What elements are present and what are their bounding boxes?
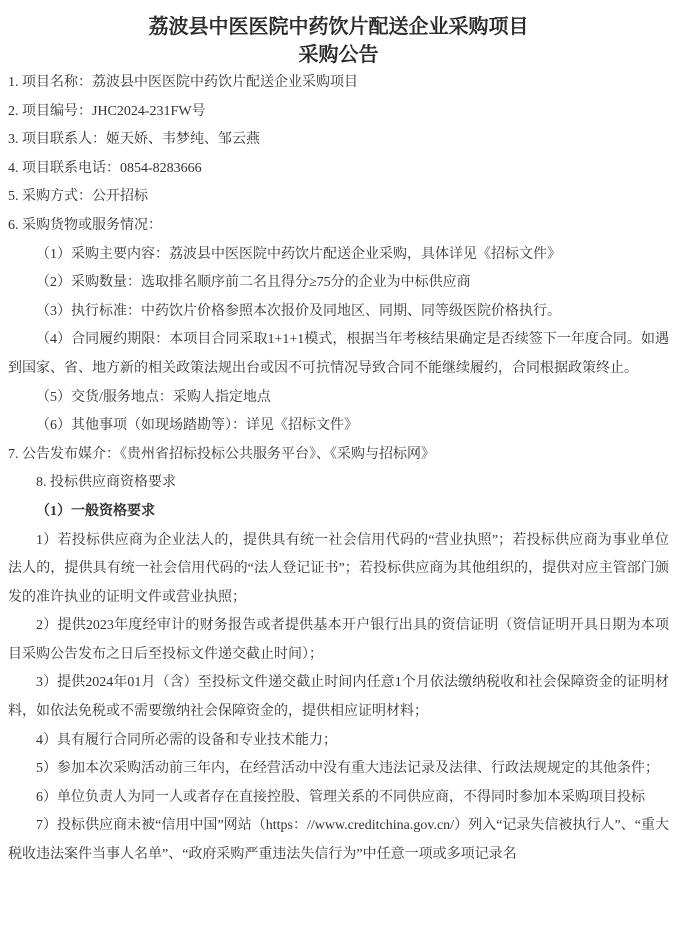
paragraph: 7）投标供应商未被“信用中国”网站（https：//www.creditchin… (8, 812, 669, 869)
document-subtitle: 采购公告 (8, 41, 669, 69)
paragraph: 7. 公告发布媒介：《贵州省招标投标公共服务平台》、《采购与招标网》 (8, 441, 669, 470)
paragraph: （1）采购主要内容：荔波县中医医院中药饮片配送企业采购，具体详见《招标文件》 (8, 241, 669, 270)
paragraph: 5. 采购方式：公开招标 (8, 183, 669, 212)
paragraph: （6）其他事项（如现场踏勘等）：详见《招标文件》 (8, 412, 669, 441)
paragraph: 4. 项目联系电话：0854-8283666 (8, 155, 669, 184)
document-title: 荔波县中医医院中药饮片配送企业采购项目 (8, 13, 669, 41)
paragraph: 4）具有履行合同所必需的设备和专业技术能力； (8, 727, 669, 756)
paragraph: （3）执行标准：中药饮片价格参照本次报价及同地区、同期、同等级医院价格执行。 (8, 298, 669, 327)
paragraph: （4）合同履约期限：本项目合同采取1+1+1模式，根据当年考核结果确定是否续签下… (8, 326, 669, 383)
paragraph: （1）一般资格要求 (8, 498, 669, 527)
paragraph: 5）参加本次采购活动前三年内，在经营活动中没有重大违法记录及法律、行政法规规定的… (8, 755, 669, 784)
paragraph: （5）交货/服务地点：采购人指定地点 (8, 384, 669, 413)
paragraph: 3. 项目联系人：姬天娇、韦梦纯、邹云燕 (8, 126, 669, 155)
paragraph: 6）单位负责人为同一人或者存在直接控股、管理关系的不同供应商，不得同时参加本采购… (8, 784, 669, 813)
document-body: 1. 项目名称：荔波县中医医院中药饮片配送企业采购项目2. 项目编号：JHC20… (8, 69, 669, 870)
paragraph: 1）若投标供应商为企业法人的，提供具有统一社会信用代码的“营业执照”；若投标供应… (8, 527, 669, 613)
paragraph: 2. 项目编号：JHC2024-231FW号 (8, 98, 669, 127)
paragraph: 3）提供2024年01月（含）至投标文件递交截止时间内任意1个月依法缴纳税收和社… (8, 669, 669, 726)
document-page: 荔波县中医医院中药饮片配送企业采购项目 采购公告 1. 项目名称：荔波县中医医院… (0, 0, 677, 948)
paragraph: （2）采购数量：选取排名顺序前二名且得分≥75分的企业为中标供应商 (8, 269, 669, 298)
paragraph: 6. 采购货物或服务情况： (8, 212, 669, 241)
paragraph: 1. 项目名称：荔波县中医医院中药饮片配送企业采购项目 (8, 69, 669, 98)
paragraph: 8. 投标供应商资格要求 (8, 469, 669, 498)
paragraph: 2）提供2023年度经审计的财务报告或者提供基本开户银行出具的资信证明（资信证明… (8, 612, 669, 669)
